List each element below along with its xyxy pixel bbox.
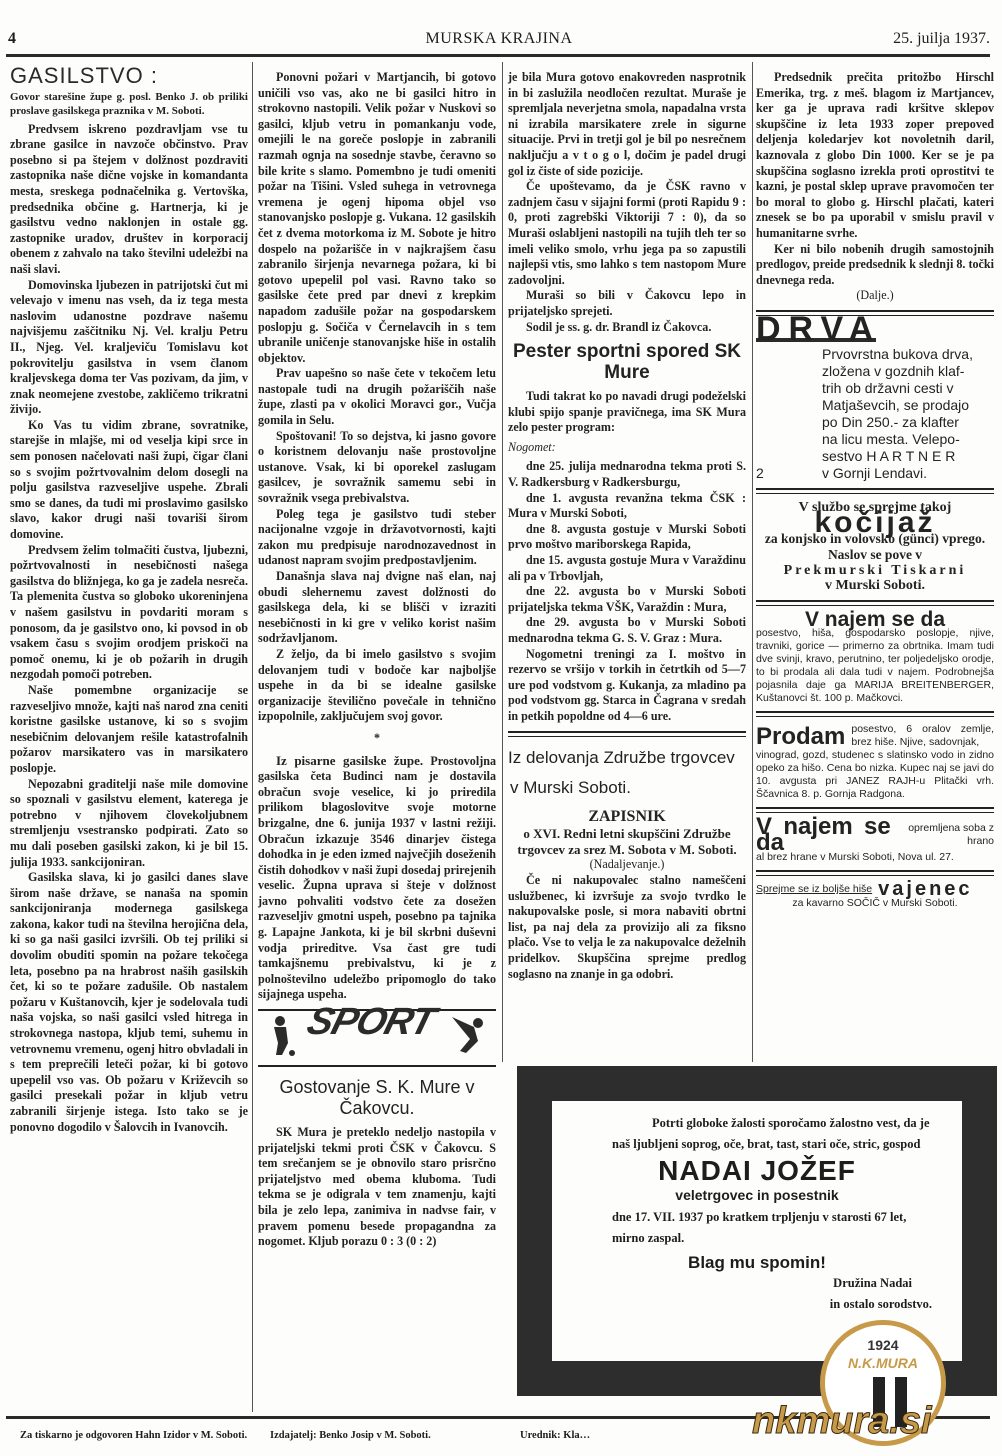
article-heading: GASILSTVO : <box>10 68 248 84</box>
paragraph: Spoštovani! To so dejstva, ki jasno govo… <box>258 429 496 507</box>
paragraph: Ko Vas tu vidim zbrane, sovratnike, star… <box>10 418 248 543</box>
program-item: dne 15. avgusta gostuje Mura v Varaždinu… <box>508 553 746 584</box>
masthead-rule <box>6 54 990 57</box>
paragraph: Naše pomembne organizacije se razveselji… <box>10 683 248 777</box>
ad-vajenec-lead: Sprejme se iz boljše hiše <box>756 883 872 896</box>
ad-najem-heading: V najem se da <box>756 612 994 628</box>
paragraph: Domovinska ljubezen in patrijotski čut m… <box>10 278 248 418</box>
paragraph: Z željo, da bi imelo gasilstvo s svojim … <box>258 647 496 725</box>
paragraph: je bila Mura gotovo enakovreden nasprotn… <box>508 70 746 179</box>
ad-prodam-heading: Prodam <box>756 729 845 745</box>
ad-prodam: Prodam posestvo, 6 oralov zemlje, brez h… <box>756 723 994 801</box>
continued-note: (Nadaljevanje.) <box>508 857 746 873</box>
ad-najem-2: V najem se da opremljena soba z hrano al… <box>756 819 994 863</box>
obituary-blessing: Blag mu spomin! <box>552 1253 962 1273</box>
logo-name: N.K.MURA <box>825 1355 941 1371</box>
paragraph: Gasilska slava, ki jo gasilci danes slav… <box>10 870 248 1135</box>
footer-publisher: Izdajatelj: Benko Josip v M. Soboti. <box>270 1430 431 1441</box>
column-divider <box>752 62 753 1062</box>
obituary-sign-2: in ostalo sorodstvo. <box>552 1294 962 1315</box>
ad-kocijaz-text: za konjsko in volovsko (günci) vprego. N… <box>756 531 994 563</box>
program-item: dne 1. avgusta revanžna tekma ČSK : Mura… <box>508 491 746 522</box>
zdruzba-heading-line2: v Murski Soboti. <box>508 773 746 803</box>
obituary-title: veletrgovec in posestnik <box>552 1187 962 1203</box>
issue-date: 25. juilja 1937. <box>893 30 990 48</box>
section-rule <box>756 600 994 606</box>
section-rule <box>756 488 994 494</box>
sport-article-title: Gostovanje S. K. Mure v Čakovcu. <box>258 1077 496 1119</box>
column-divider <box>252 62 253 1412</box>
program-label: Nogomet: <box>508 440 746 456</box>
pisarna-text: Prostovoljna gasilska četa Budinci nam j… <box>258 754 496 1002</box>
watermark-text: nkmura.si <box>752 1400 932 1443</box>
ad-prodam-text: vinograd, gozd, studenec s slatinsko vod… <box>756 749 994 801</box>
article-gasilstvo: GASILSTVO : Govor starešine župe g. posl… <box>10 64 248 1135</box>
section-rule <box>756 711 994 717</box>
ad-kocijaz-line3: Prekmurski Tiskarni <box>756 563 994 579</box>
article-sport-continued: je bila Mura gotovo enakovreden nasprotn… <box>508 70 746 982</box>
sport-banner-text: SPORT <box>306 1015 435 1031</box>
logo-year: 1924 <box>825 1337 941 1353</box>
ad-kocijaz-line4: v Murski Soboti. <box>756 578 994 594</box>
article-gasilstvo-continued: Ponovni požari v Martjancih, bi gotovo u… <box>258 70 496 1250</box>
paragraph: Ker ni bilo nobenih drugih samostojnih p… <box>756 242 994 289</box>
footballer-kicking-icon <box>448 1013 492 1059</box>
separator-star: * <box>258 731 496 747</box>
paragraph: Sodil je ss. g. dr. Brandl iz Čakovca. <box>508 320 746 336</box>
zapisnik-subheading: o XVI. Redni letni skupščini Združbe trg… <box>508 826 746 857</box>
paragraph: Tudi takrat ko po navadi drugi podeželsk… <box>508 389 746 436</box>
paragraph: Nogometni treningi za I. moštvo in rezer… <box>508 647 746 725</box>
obituary-text: dne 17. VII. 1937 po kratkem trpljenju v… <box>552 1203 962 1249</box>
paragraph: Če ni nakupovalec stalno nameščeni usluž… <box>508 873 746 982</box>
ad-najem2-text-right: opremljena soba z hrano <box>897 822 994 848</box>
ad-najem-1: V najem se da posestvo, hiša, gospodarsk… <box>756 612 994 706</box>
ad-vajenec: Sprejme se iz boljše hiše vajenec za kav… <box>756 882 994 911</box>
paragraph: Predsednik prečita pritožbo Hirschl Emer… <box>756 70 994 242</box>
obituary-name: NADAI JOŽEF <box>552 1155 962 1187</box>
paragraph: Ponovni požari v Martjancih, bi gotovo u… <box>258 70 496 366</box>
pisarna-lead: Iz pisarne gasilske župe. <box>276 753 423 768</box>
column-divider <box>502 62 503 1062</box>
paragraph: Če upoštevamo, da je ČSK ravno v zadnjem… <box>508 179 746 288</box>
pisarna-notice: Iz pisarne gasilske župe. Prostovoljna g… <box>258 753 496 1004</box>
sport-banner: SPORT <box>258 1009 496 1067</box>
zdruzba-heading-line1: Iz delovanja Združbe trgovcev <box>508 743 746 773</box>
ad-drva-heading: DRVA <box>756 322 994 338</box>
ad-najem-text: posestvo, hiša, gospodarsko poslopje, nj… <box>756 627 994 705</box>
ad-najem2-text: al brez hrane v Murski Soboti, Nova ul. … <box>756 851 994 864</box>
column-ads: Predsednik prečita pritožbo Hirschl Emer… <box>756 70 994 910</box>
paragraph: Nepozabni graditelji naše mile domovine … <box>10 777 248 871</box>
ad-vajenec-heading: vajenec <box>878 882 972 898</box>
ad-drva: DRVA Prvovrstna bukova drva,zložena v go… <box>756 322 994 482</box>
zapisnik-heading: ZAPISNIK <box>508 809 746 825</box>
section-rule <box>508 731 746 737</box>
masthead: 4 MURSKA KRAJINA 25. juilja 1937. <box>8 30 990 52</box>
program-item: dne 25. julija mednarodna tekma proti S.… <box>508 459 746 490</box>
ad-najem2-heading: V najem se da <box>756 819 891 850</box>
article-subheading: Govor starešine župe g. posl. Benko J. o… <box>10 90 248 118</box>
section-rule <box>756 870 994 876</box>
footballer-icon <box>262 1015 302 1059</box>
paragraph: Poleg tega je gasilstvo tudi steber naci… <box>258 507 496 569</box>
program-item: dne 22. avgusta bo v Murski Soboti prija… <box>508 584 746 615</box>
to-be-continued: (Dalje.) <box>756 288 994 304</box>
obituary-sign-1: Družina Nadai <box>552 1273 962 1294</box>
paragraph: Predvsem iskreno pozdravljam vse tu zbra… <box>10 122 248 278</box>
ad-kocijaz-heading: kočijaž <box>756 515 994 531</box>
zdruzba-heading: Iz delovanja Združbe trgovcev v Murski S… <box>508 743 746 803</box>
ad-kocijaz: V službo se sprejme takoj kočijaž za kon… <box>756 500 994 594</box>
paragraph: Predvsem želim tolmačiti čustva, ljubezn… <box>10 543 248 683</box>
ad-drva-text: Prvovrstna bukova drva,zložena v gozdnih… <box>822 346 994 482</box>
ad-number: 2 <box>756 465 764 482</box>
program-title: Pester sportni spored SK Mure <box>508 341 746 383</box>
paragraph: Muraši so bili v Čakovcu lepo in prijate… <box>508 288 746 319</box>
paragraph: SK Mura je preteklo nedeljo nastopila v … <box>258 1125 496 1250</box>
footer-printer: Za tiskarno je odgovoren Hahn Izidor v M… <box>20 1430 247 1441</box>
paragraph: Današnja slava naj dvigne naš elan, naj … <box>258 569 496 647</box>
program-item: dne 29. avgusta bo v Murski Soboti medna… <box>508 615 746 646</box>
paragraph: Prav uapešno so naše čete v tekočem letu… <box>258 366 496 428</box>
newspaper-title: MURSKA KRAJINA <box>8 30 990 48</box>
program-item: dne 8. avgusta gostuje v Murski Soboti p… <box>508 522 746 553</box>
footer-editor: Urednik: Kla… <box>520 1430 590 1441</box>
ad-prodam-text-right: posestvo, 6 oralov zemlje, brez hiše. Nj… <box>851 723 994 749</box>
obituary-intro: Potrti globoke žalosti sporočamo žalostn… <box>552 1101 962 1155</box>
